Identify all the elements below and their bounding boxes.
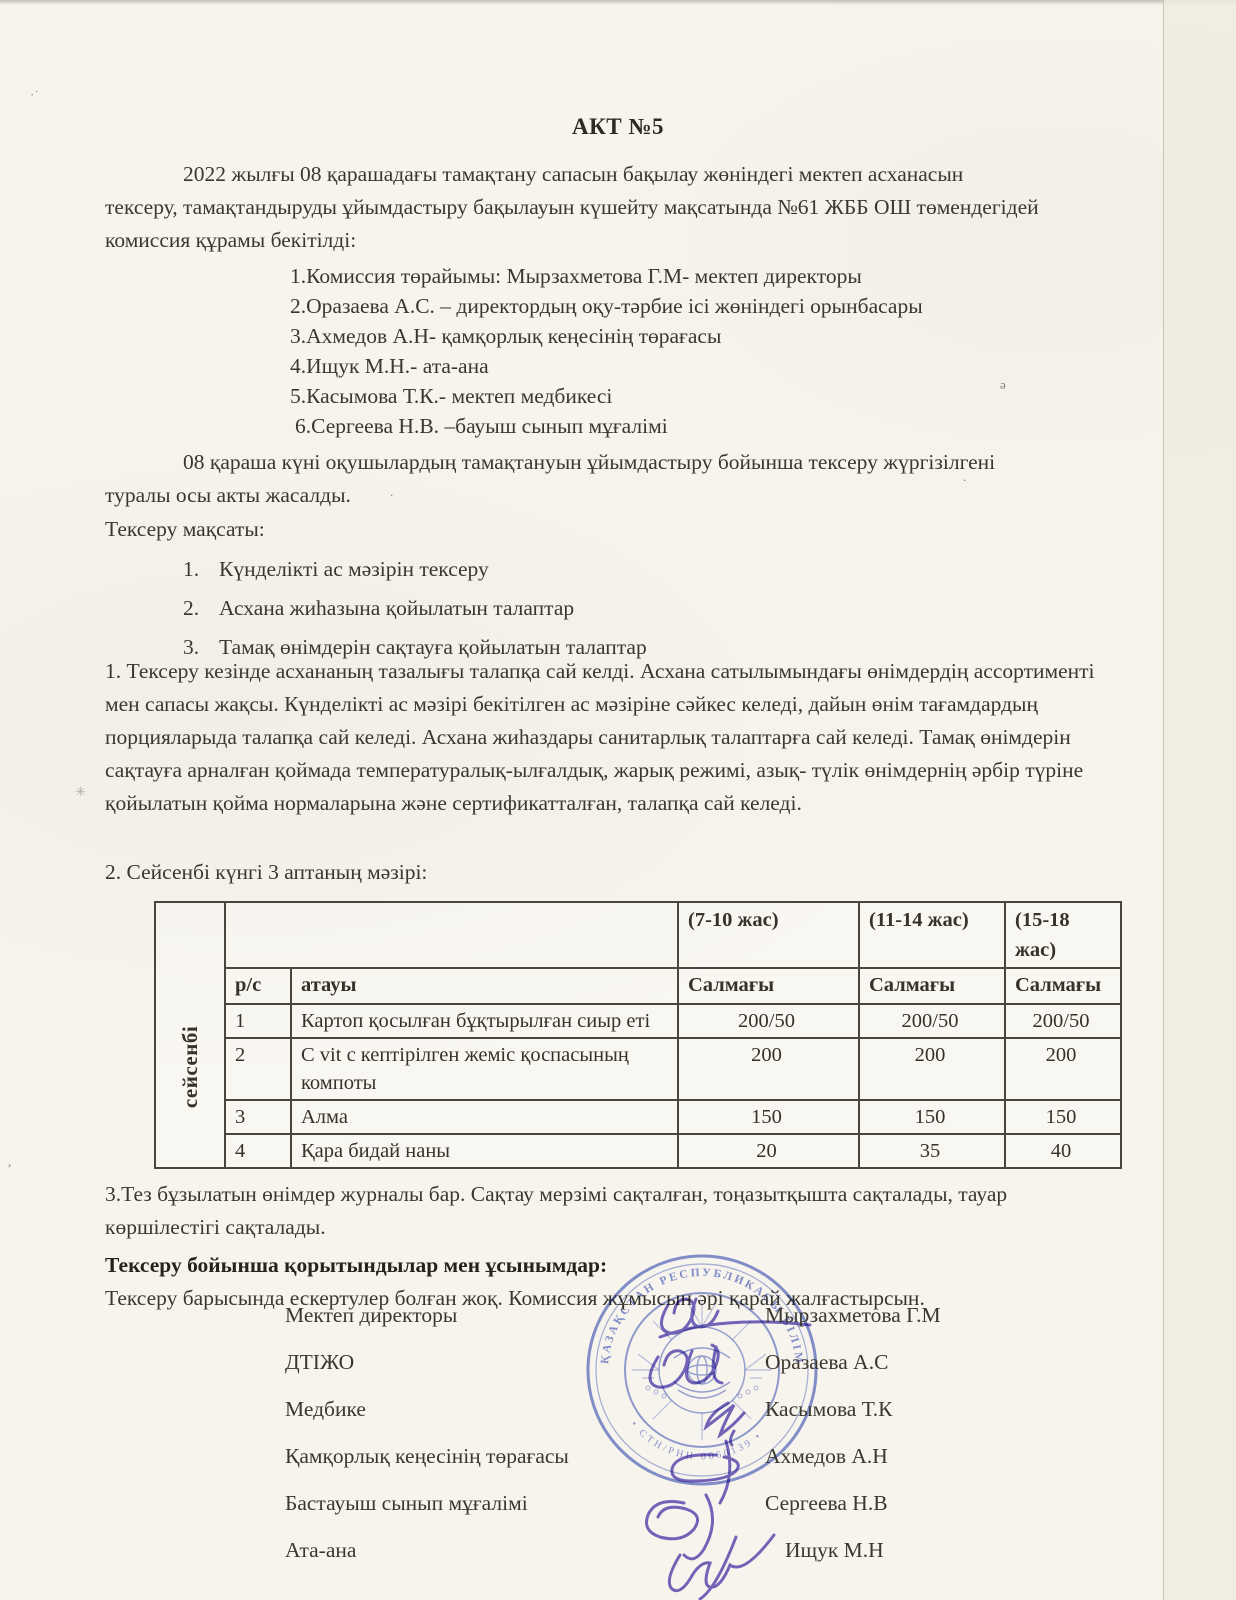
row-number: 1	[225, 1004, 291, 1038]
dish-name: Картоп қосылған бұқтырылған сиыр еті	[291, 1004, 678, 1038]
finding-1-paragraph: 1. Тексеру кезінде асхананың тазалығы та…	[105, 655, 1105, 820]
signature-row: ДТІЖО Оразаева А.С	[105, 1350, 1135, 1390]
weight-value: 200/50	[1005, 1004, 1121, 1038]
table-empty-cell	[225, 902, 678, 968]
table-row: 4 Қара бидай наны 20 35 40	[155, 1134, 1121, 1168]
weight-value: 200	[1005, 1038, 1121, 1100]
table-row: 3 Алма 150 150 150	[155, 1100, 1121, 1134]
weight-value: 200/50	[859, 1004, 1005, 1038]
age-group-header: (11-14 жас)	[859, 902, 1005, 968]
column-header-weight: Салмағы	[1005, 968, 1121, 1004]
weight-value: 150	[859, 1100, 1005, 1134]
day-label: сейсенбі	[175, 1026, 205, 1108]
purpose-item: 2.Асхана жиһазына қойылатын талаптар	[183, 592, 1043, 625]
weight-value: 20	[678, 1134, 859, 1168]
commission-member: 5.Касымова Т.К.- мектеп медбикесі	[290, 381, 1110, 411]
column-header-num: р/с	[225, 968, 291, 1004]
purpose-item: 1.Күнделікті ас мәзірін тексеру	[183, 553, 1043, 586]
signature-name: Касымова Т.К	[765, 1397, 892, 1422]
intro-paragraph: 2022 жылғы 08 қарашадағы тамақтану сапас…	[105, 158, 1040, 257]
signature-role: Мектеп директоры	[285, 1303, 457, 1328]
commission-member: 1.Комиссия төрайымы: Мырзахметова Г.М- м…	[290, 261, 1110, 291]
scan-top-edge	[0, 0, 1236, 5]
column-header-weight: Салмағы	[859, 968, 1005, 1004]
commission-list: 1.Комиссия төрайымы: Мырзахметова Г.М- м…	[290, 261, 1110, 441]
weight-value: 200	[678, 1038, 859, 1100]
act-note-paragraph: 08 қараша күні оқушылардың тамақтануын ұ…	[105, 446, 1040, 512]
purpose-item-number: 2.	[183, 592, 219, 625]
weight-value: 35	[859, 1134, 1005, 1168]
dish-name: Алма	[291, 1100, 678, 1134]
commission-member: 6.Сергеева Н.В. –бауыш сынып мұғалімі	[290, 411, 1110, 441]
dish-name: С vit с кептірілген жеміс қоспасының ком…	[291, 1038, 678, 1100]
purpose-item-label: Күнделікті ас мәзірін тексеру	[219, 557, 489, 581]
table-column-header-row: р/с атауы Салмағы Салмағы Салмағы	[155, 968, 1121, 1004]
signature-name: Ищук М.Н	[785, 1538, 884, 1563]
purpose-item-label: Асхана жиһазына қойылатын талаптар	[219, 596, 574, 620]
age-group-header: (7-10 жас)	[678, 902, 859, 968]
scan-page-right-edge	[1163, 0, 1236, 1600]
commission-member: 2.Оразаева А.С. – директордың оқу-тәрбие…	[290, 291, 1110, 321]
weight-value: 40	[1005, 1134, 1121, 1168]
table-row: 1 Картоп қосылған бұқтырылған сиыр еті 2…	[155, 1004, 1121, 1038]
finding-2-heading: 2. Сейсенбі күнгі 3 аптаның мәзірі:	[105, 856, 1040, 889]
finding-3-paragraph: 3.Тез бұзылатын өнімдер журналы бар. Сақ…	[105, 1178, 1115, 1244]
commission-member: 4.Ищук М.Н.- ата-ана	[290, 351, 1110, 381]
dish-name: Қара бидай наны	[291, 1134, 678, 1168]
purpose-item-number: 1.	[183, 553, 219, 586]
age-group-header: (15-18 жас)	[1005, 902, 1121, 968]
weight-value: 200	[859, 1038, 1005, 1100]
signature-role: Ата-ана	[285, 1538, 356, 1563]
signature-name: Мырзахметова Г.М	[765, 1303, 941, 1328]
row-number: 3	[225, 1100, 291, 1134]
column-header-weight: Салмағы	[678, 968, 859, 1004]
table-day-cell: сейсенбі	[155, 902, 225, 1168]
purpose-list: 1.Күнделікті ас мәзірін тексеру 2.Асхана…	[183, 553, 1043, 670]
menu-table: сейсенбі (7-10 жас) (11-14 жас) (15-18 ж…	[154, 901, 1122, 1169]
signature-row: Мектеп директоры Мырзахметова Г.М	[105, 1303, 1135, 1343]
weight-value: 150	[1005, 1100, 1121, 1134]
signature-role: Қамқорлық кеңесінің төрағасы	[285, 1444, 569, 1469]
signature-row: Ата-ана Ищук М.Н	[105, 1538, 1135, 1578]
signature-row: Қамқорлық кеңесінің төрағасы Ахмедов А.Н	[105, 1444, 1135, 1484]
weight-value: 200/50	[678, 1004, 859, 1038]
signature-role: ДТІЖО	[285, 1350, 354, 1375]
row-number: 2	[225, 1038, 291, 1100]
commission-member: 3.Ахмедов А.Н- қамқорлық кеңесінің төрағ…	[290, 321, 1110, 351]
signature-row: Бастауыш сынып мұғалімі Сергеева Н.В	[105, 1491, 1135, 1531]
signature-role: Бастауыш сынып мұғалімі	[285, 1491, 528, 1516]
signature-role: Медбике	[285, 1397, 366, 1422]
table-row: 2 С vit с кептірілген жеміс қоспасының к…	[155, 1038, 1121, 1100]
scanned-document-page: ә . . ·˙ ✳ , АКТ №5 2022 жылғы 08 қараша…	[0, 0, 1236, 1600]
purpose-heading: Тексеру мақсаты:	[105, 513, 1040, 546]
weight-value: 150	[678, 1100, 859, 1134]
signature-row: Медбике Касымова Т.К	[105, 1397, 1135, 1437]
signature-name: Ахмедов А.Н	[765, 1444, 888, 1469]
column-header-name: атауы	[291, 968, 678, 1004]
row-number: 4	[225, 1134, 291, 1168]
table-age-header-row: сейсенбі (7-10 жас) (11-14 жас) (15-18 ж…	[155, 902, 1121, 968]
signature-name: Сергеева Н.В	[765, 1491, 888, 1516]
signature-name: Оразаева А.С	[765, 1350, 888, 1375]
document-title: АКТ №5	[0, 110, 1236, 143]
